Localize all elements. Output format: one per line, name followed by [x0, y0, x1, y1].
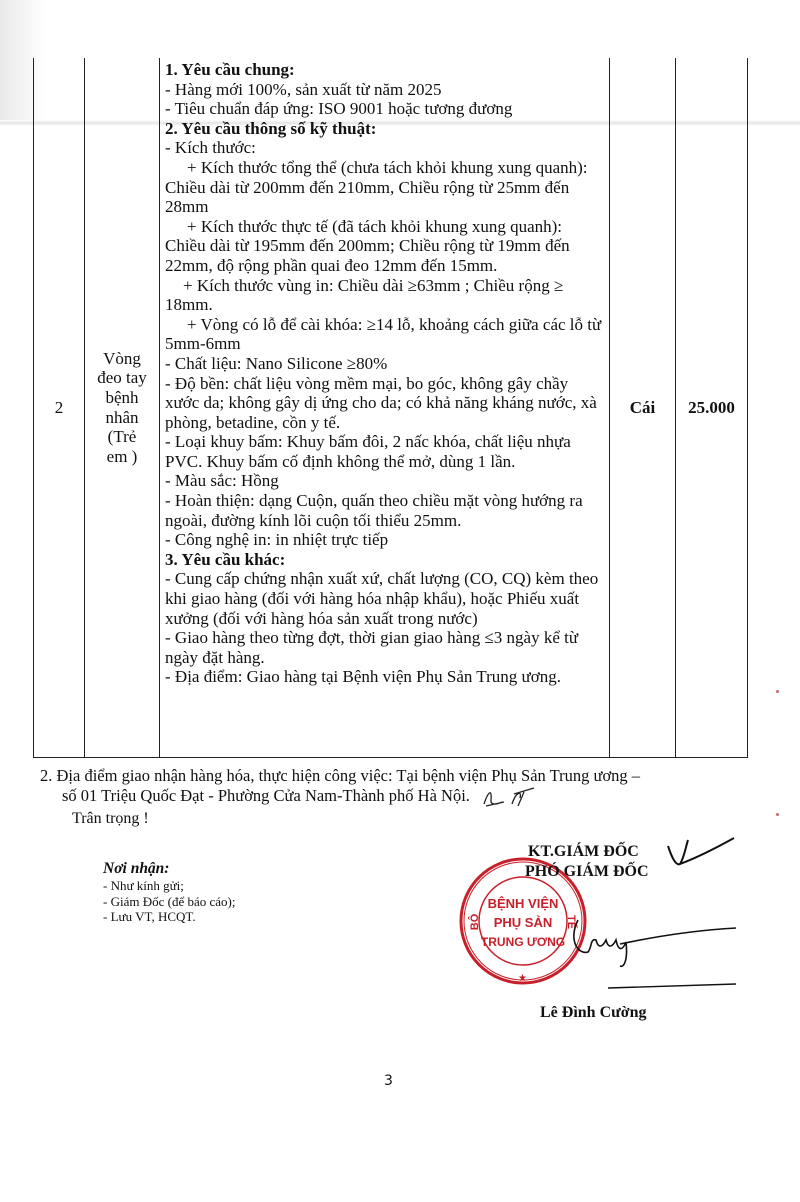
recipient-item: - Lưu VT, HCQT.	[103, 909, 235, 925]
closing-text: Trân trọng !	[72, 810, 149, 828]
item-name-line: nhân	[85, 408, 159, 428]
spec-line: - Kích thước:	[165, 138, 605, 158]
recipient-item: - Như kính gửi;	[103, 878, 235, 894]
spec-line: - Loại khuy bấm: Khuy bấm đôi, 2 nấc khó…	[165, 432, 605, 471]
svg-text:BỆNH VIỆN: BỆNH VIỆN	[488, 896, 559, 911]
delivery-line-1: 2. Địa điểm giao nhận hàng hóa, thực hiệ…	[40, 766, 740, 786]
signature-title-1: KT.GIÁM ĐỐC	[528, 842, 639, 861]
svg-text:BỘ: BỘ	[468, 913, 481, 930]
checkmark-signature-icon	[666, 836, 736, 872]
svg-text:TRUNG ƯƠNG: TRUNG ƯƠNG	[481, 935, 565, 949]
delivery-line-2-wrap: số 01 Triệu Quốc Đạt - Phường Cửa Nam-Th…	[40, 786, 740, 808]
spec-line: + Kích thước tổng thể (chưa tách khỏi kh…	[165, 158, 605, 217]
delivery-line-2: số 01 Triệu Quốc Đạt - Phường Cửa Nam-Th…	[62, 786, 470, 805]
delivery-location-paragraph: 2. Địa điểm giao nhận hàng hóa, thực hiệ…	[40, 766, 740, 808]
signer-name: Lê Đình Cường	[540, 1004, 646, 1022]
spec-line: - Màu sắc: Hồng	[165, 471, 605, 491]
spec-line: - Độ bền: chất liệu vòng mềm mại, bo góc…	[165, 374, 605, 433]
recipient-item: - Giám Đốc (để báo cáo);	[103, 894, 235, 910]
scan-speck	[776, 813, 779, 816]
spec-line: + Kích thước thực tế (đã tách khỏi khung…	[165, 217, 605, 276]
item-name-line: em )	[85, 447, 159, 467]
recipients-title: Nơi nhận:	[103, 860, 235, 878]
spec-line: - Công nghệ in: in nhiệt trực tiếp	[165, 530, 605, 550]
table-row: 2 Vòngđeo taybệnhnhân(Trẻem ) 1. Yêu cầu…	[34, 58, 748, 758]
spec-line: - Cung cấp chứng nhận xuất xứ, chất lượn…	[165, 569, 605, 628]
spec-line: - Hàng mới 100%, sản xuất từ năm 2025	[165, 80, 605, 100]
scan-speck	[776, 690, 779, 693]
item-name: Vòngđeo taybệnhnhân(Trẻem )	[85, 58, 160, 758]
spec-line: - Giao hàng theo từng đợt, thời gian gia…	[165, 628, 605, 667]
spec-heading: 3. Yêu cầu khác:	[165, 550, 605, 570]
item-specifications: 1. Yêu cầu chung:- Hàng mới 100%, sản xu…	[160, 58, 610, 758]
item-name-line: đeo tay	[85, 368, 159, 388]
handwritten-signature-icon	[568, 900, 738, 990]
item-name-line: Vòng	[85, 349, 159, 369]
signature-title-2: PHÓ GIÁM ĐỐC	[525, 863, 649, 881]
item-name-line: bệnh	[85, 388, 159, 408]
svg-text:PHỤ SẢN: PHỤ SẢN	[494, 915, 553, 930]
spec-table: 2 Vòngđeo taybệnhnhân(Trẻem ) 1. Yêu cầu…	[33, 58, 748, 758]
recipients-block: Nơi nhận: - Như kính gửi; - Giám Đốc (để…	[103, 860, 235, 925]
initials-signature-icon	[478, 786, 538, 808]
spec-heading: 2. Yêu cầu thông số kỹ thuật:	[165, 119, 605, 139]
signature-block: BỆNH VIỆN PHỤ SẢN TRUNG ƯƠNG BỘ TẾ ★ KT.…	[440, 830, 740, 1030]
item-name-line: (Trẻ	[85, 427, 159, 447]
spec-line: - Tiêu chuẩn đáp ứng: ISO 9001 hoặc tươn…	[165, 99, 605, 119]
page-number: 3	[384, 1073, 393, 1089]
spec-line: - Chất liệu: Nano Silicone ≥80%	[165, 354, 605, 374]
svg-text:★: ★	[518, 973, 527, 984]
spec-line: + Vòng có lỗ để cài khóa: ≥14 lỗ, khoảng…	[165, 315, 605, 354]
spec-line: - Hoàn thiện: dạng Cuộn, quấn theo chiều…	[165, 491, 605, 530]
spec-heading: 1. Yêu cầu chung:	[165, 60, 605, 80]
row-number: 2	[34, 58, 85, 758]
spec-line: + Kích thước vùng in: Chiều dài ≥63mm ; …	[165, 276, 605, 315]
item-unit: Cái	[610, 58, 676, 758]
item-quantity: 25.000	[676, 58, 748, 758]
spec-line: - Địa điểm: Giao hàng tại Bệnh viện Phụ …	[165, 667, 605, 687]
